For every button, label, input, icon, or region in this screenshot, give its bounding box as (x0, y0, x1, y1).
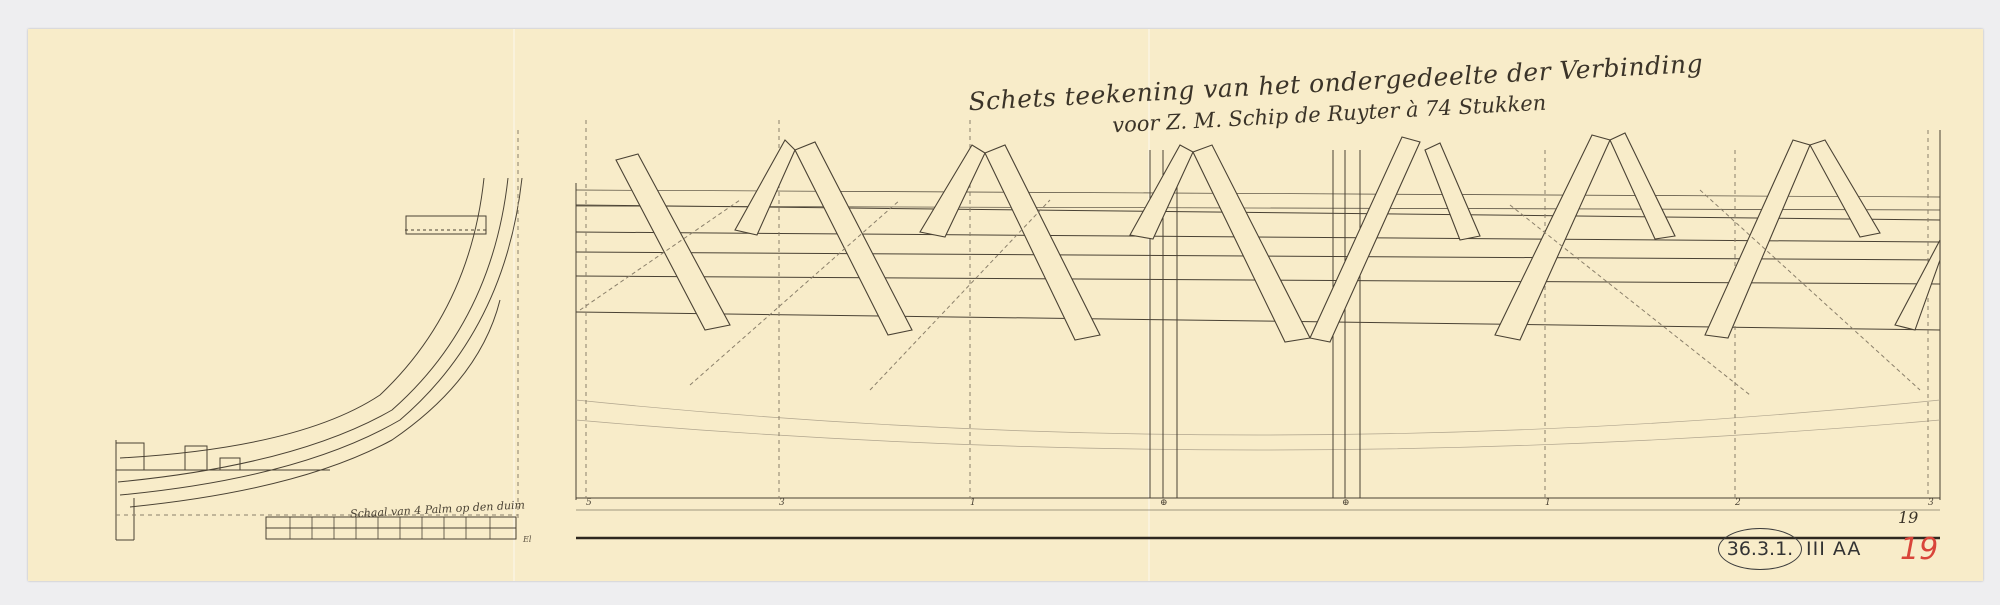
station-label: 3 (1928, 498, 1934, 508)
sheet-number: 19 (1898, 508, 1918, 527)
archive-code: III AA (1806, 538, 1861, 560)
profile-elevation (576, 120, 1940, 538)
station-label: 5 (586, 498, 592, 508)
station-label: ⊕ (1160, 498, 1168, 508)
midship-section (116, 130, 522, 540)
scale-unit: El (523, 535, 531, 544)
station-label: 1 (1545, 498, 1551, 508)
archive-reference-stamp: 36.3.1. (1718, 528, 1802, 570)
station-label: 3 (779, 498, 785, 508)
red-folio-number: 19 (1900, 532, 1938, 567)
station-label: 2 (1735, 498, 1741, 508)
station-label: 1 (970, 498, 976, 508)
station-label: ⊕ (1342, 498, 1350, 508)
